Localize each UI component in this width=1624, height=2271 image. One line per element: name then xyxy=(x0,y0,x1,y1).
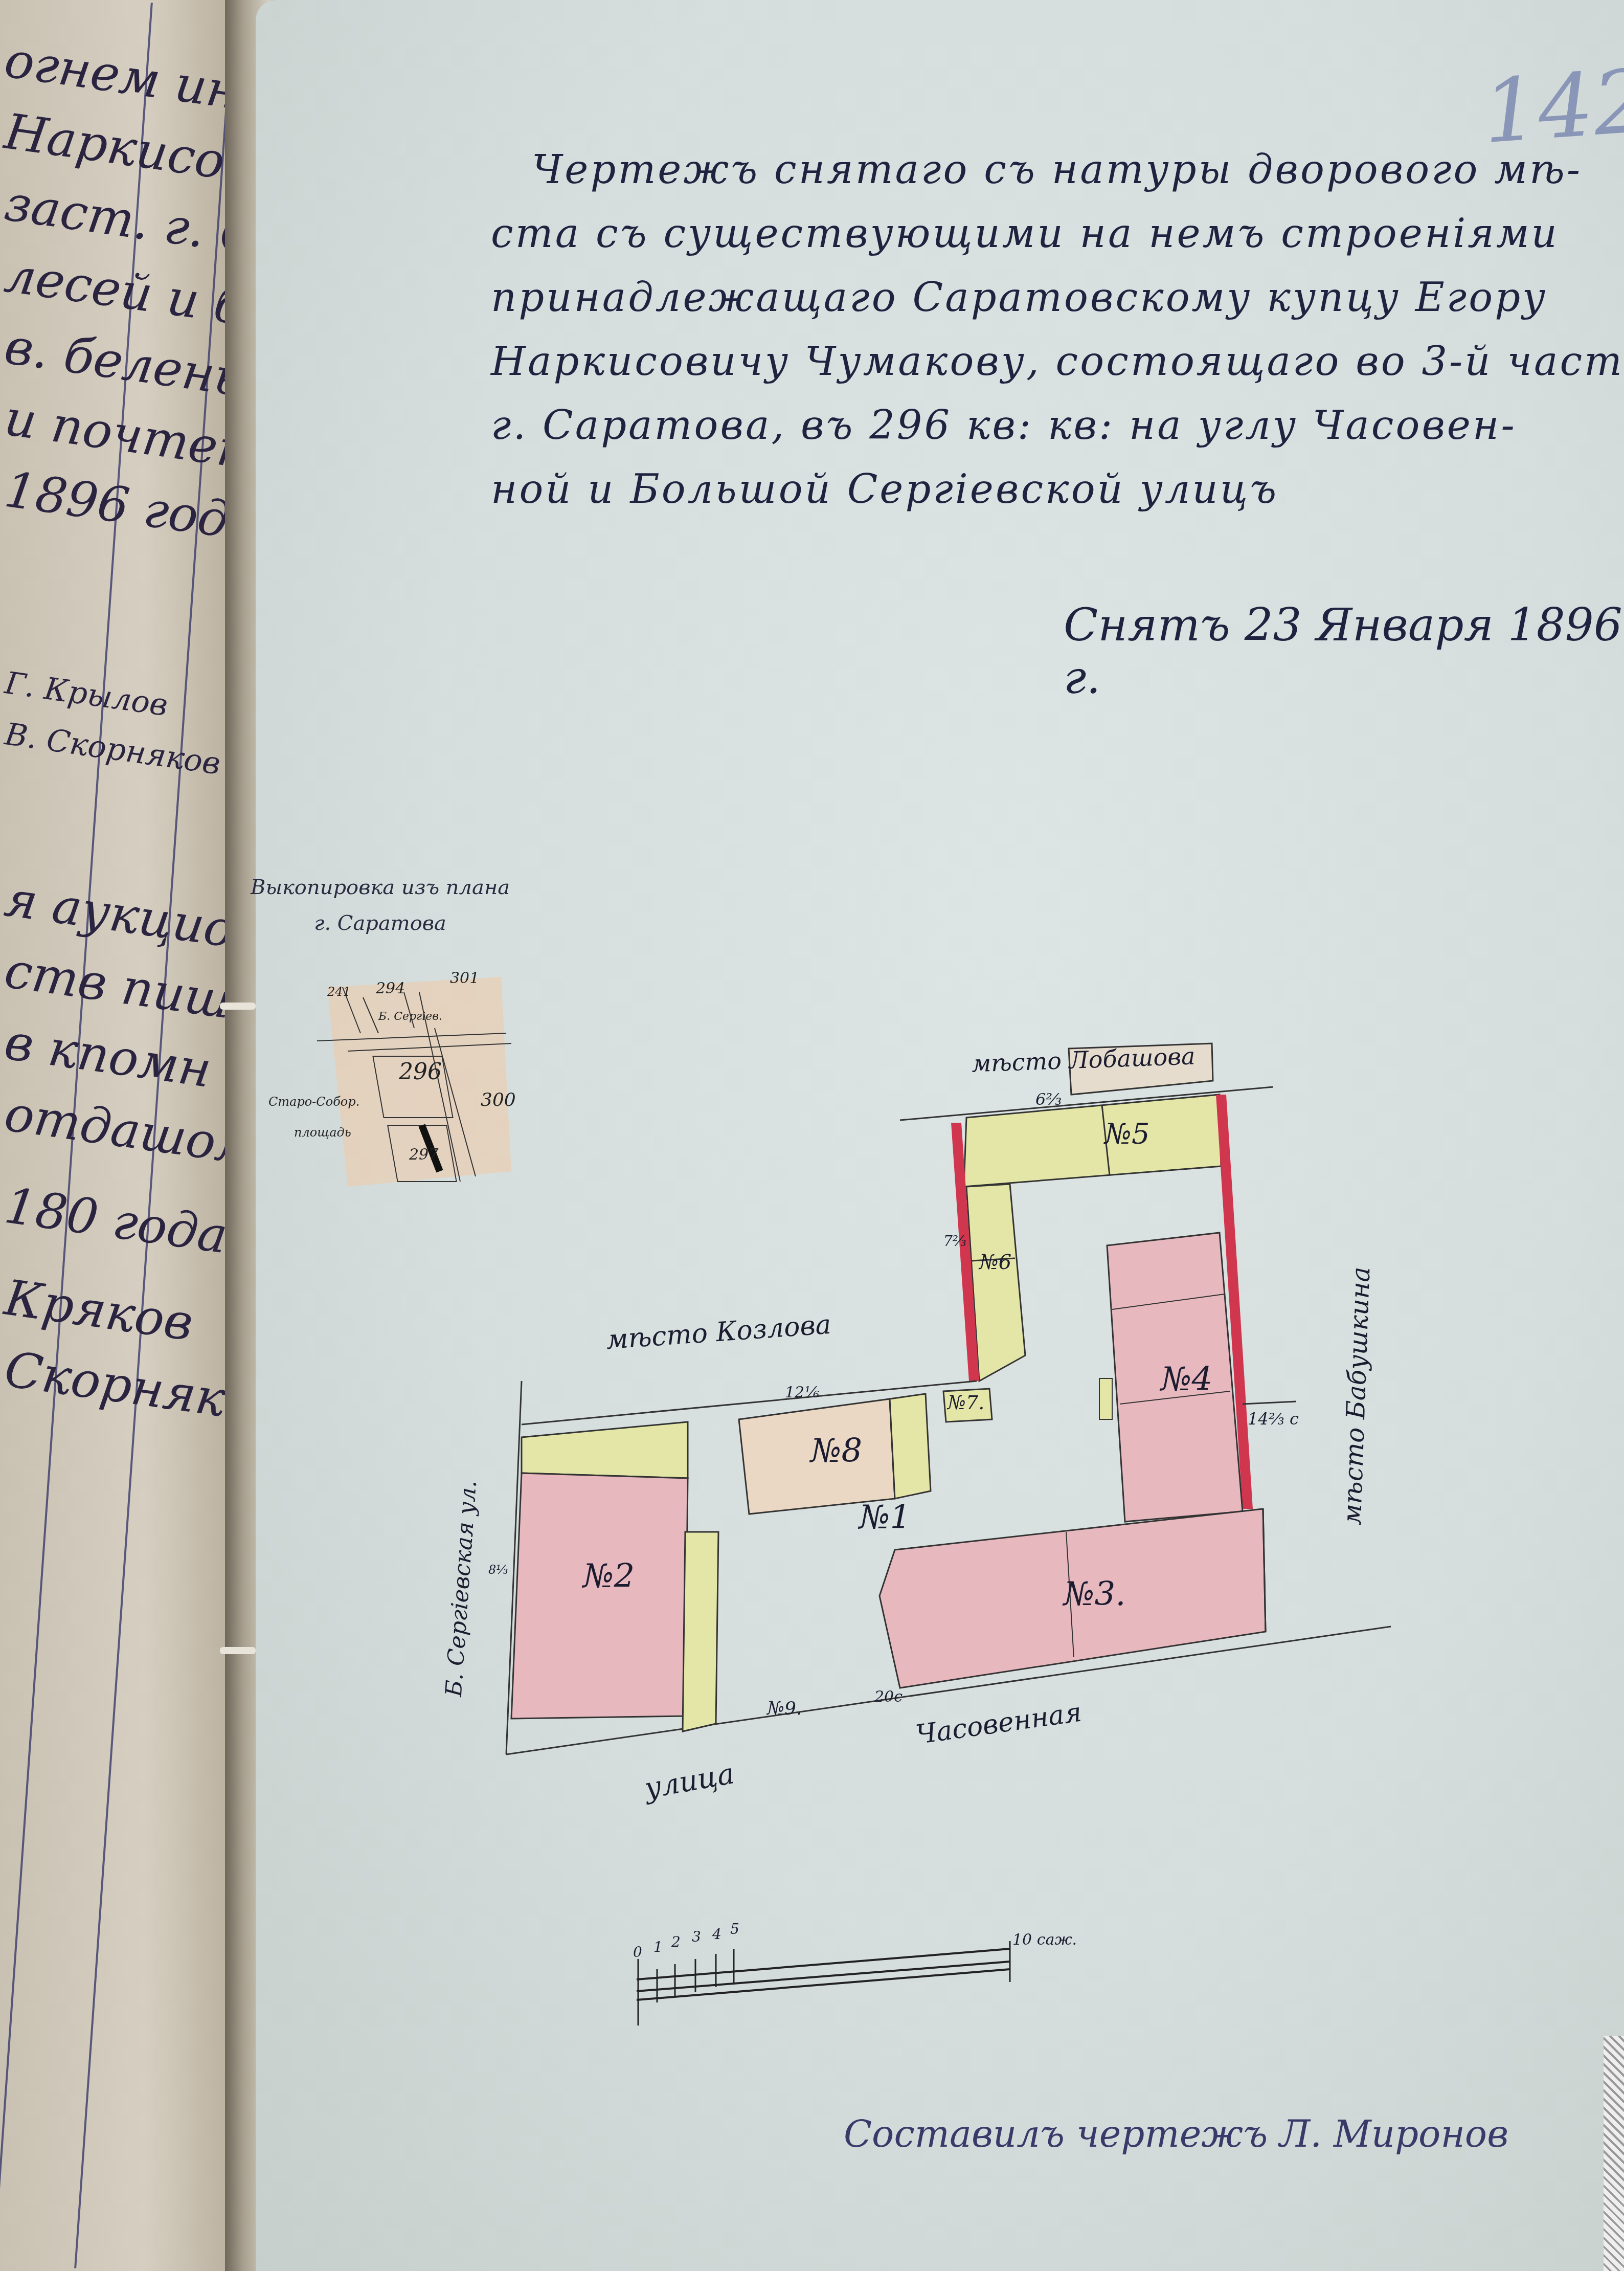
scale-tick-label: 3 xyxy=(692,1928,701,1945)
dimension-bottom: 20с xyxy=(874,1688,903,1706)
building-label-n1: №1 xyxy=(859,1499,911,1537)
dimension-left-street: 8⅓ xyxy=(488,1563,508,1577)
building-label-n4: №4 xyxy=(1161,1361,1212,1398)
building-label-n2: №2 xyxy=(583,1557,635,1595)
dimension-mid: 12⅙ xyxy=(785,1384,819,1401)
dimension-right: 14⅔ с xyxy=(1248,1409,1299,1429)
building-label-n8: №8 xyxy=(810,1432,862,1470)
dimension-top: 6⅔ xyxy=(1035,1089,1062,1109)
scale-end-label: 10 саж. xyxy=(1012,1931,1077,1949)
scale-tick-label: 2 xyxy=(671,1933,681,1950)
scale-tick-label: 1 xyxy=(653,1939,663,1955)
dimension-left-side: 7⅔ xyxy=(943,1233,966,1250)
building-label-n7: №7. xyxy=(948,1391,984,1414)
building-label-n5: №5 xyxy=(1104,1118,1150,1151)
building-label-n6: №6 xyxy=(979,1251,1011,1274)
surveyor-signature: Составилъ чертежъ Л. Миронов xyxy=(844,2112,1508,2155)
building-label-n9: №9. xyxy=(767,1698,802,1719)
scale-tick-label: 4 xyxy=(712,1926,721,1943)
site-plan xyxy=(0,0,1624,2271)
scale-tick-label: 5 xyxy=(730,1921,739,1938)
lace-cloth-edge xyxy=(1604,2036,1624,2271)
scale-tick-label: 0 xyxy=(633,1944,642,1961)
scale-bar-graphic xyxy=(637,1941,1010,2025)
building-label-n3: №3. xyxy=(1064,1575,1126,1613)
